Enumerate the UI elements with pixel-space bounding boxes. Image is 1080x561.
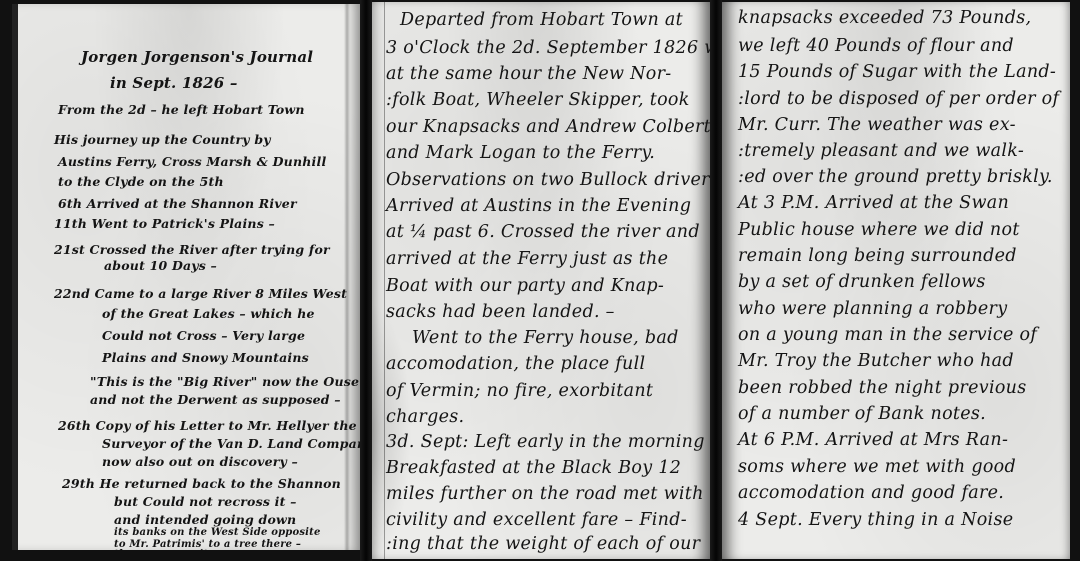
journal-line: we left 40 Pounds of flour and <box>738 38 1014 56</box>
manuscript-spread: Jorgen Jorgenson's Journal in Sept. 1826… <box>0 0 1080 561</box>
note-line: of the Great Lakes – which he <box>102 308 315 321</box>
note-title-line-2: in Sept. 1826 – <box>110 76 238 91</box>
journal-line: :ed over the ground pretty briskly. <box>738 169 1053 187</box>
journal-line: Arrived at Austins in the Evening <box>386 198 691 216</box>
journal-line: accomodation and good fare. <box>738 485 1004 503</box>
note-line: and not the Derwent as supposed – <box>90 394 341 407</box>
book-gutter <box>710 0 722 561</box>
journal-line: knapsacks exceeded 73 Pounds, <box>738 10 1031 28</box>
journal-line: sacks had been landed. – <box>386 304 615 322</box>
journal-line: 3d. Sept: Left early in the morning <box>386 434 705 452</box>
note-line: "This is the "Big River" now the Ouse" <box>90 376 360 389</box>
note-line: His journey up the Country by <box>54 134 271 147</box>
note-title-line-1: Jorgen Jorgenson's Journal <box>81 50 313 65</box>
note-line: to the Clyde on the 5th <box>58 176 224 189</box>
journal-line: of Vermin; no fire, exorbitant <box>386 383 653 401</box>
note-line: now also out on discovery – <box>102 456 298 469</box>
journal-line: Departed from Hobart Town at <box>400 12 683 30</box>
journal-line: Observations on two Bullock drivers, <box>386 172 710 190</box>
note-line: about 10 Days – <box>104 260 217 273</box>
journal-line: At 3 P.M. Arrived at the Swan <box>738 195 1009 213</box>
note-line: 26th Copy of his Letter to Mr. Hellyer t… <box>58 420 357 433</box>
journal-line: 3 o'Clock the 2d. September 1826 when <box>386 40 710 58</box>
journal-line: 4 Sept. Every thing in a Noise <box>738 512 1013 530</box>
journal-right-page: knapsacks exceeded 73 Pounds, we left 40… <box>722 2 1070 559</box>
note-line: its banks on the West Side opposite <box>114 528 321 538</box>
page-gap <box>360 0 372 561</box>
journal-line: soms where we met with good <box>738 459 1016 477</box>
journal-line: Mr. Troy the Butcher who had <box>738 353 1014 371</box>
journal-line: At 6 P.M. Arrived at Mrs Ran- <box>738 432 1008 450</box>
note-line: 11th Went to Patrick's Plains – <box>54 218 275 231</box>
journal-left-page: Departed from Hobart Town at 3 o'Clock t… <box>372 2 710 559</box>
note-line: 29th He returned back to the Shannon <box>62 478 341 491</box>
note-line: and intended going down <box>114 514 296 527</box>
journal-line: :tremely pleasant and we walk- <box>738 143 1024 161</box>
note-line: From the 2d – he left Hobart Town <box>58 104 305 117</box>
journal-line: miles further on the road met with <box>386 486 704 504</box>
journal-line: by a set of drunken fellows <box>738 274 986 292</box>
note-line: 21st Crossed the River after trying for <box>54 244 330 257</box>
page-edge-shadow <box>344 4 350 550</box>
journal-line: :ing that the weight of each of our <box>386 536 700 554</box>
note-line: 22nd Came to a large River 8 Miles West <box>54 288 347 301</box>
note-line: Plains and Snowy Mountains <box>102 352 309 365</box>
journal-line: :folk Boat, Wheeler Skipper, took <box>386 92 690 110</box>
journal-line: arrived at the Ferry just as the <box>386 251 668 269</box>
summary-note-page: Jorgen Jorgenson's Journal in Sept. 1826… <box>12 4 360 550</box>
journal-line: Breakfasted at the Black Boy 12 <box>386 460 681 478</box>
note-line: Austins Ferry, Cross Marsh & Dunhill <box>58 156 326 169</box>
journal-line: at the same hour the New Nor- <box>386 66 671 84</box>
journal-line: Went to the Ferry house, bad <box>412 330 679 348</box>
journal-line: our Knapsacks and Andrew Colbert <box>386 119 710 137</box>
journal-line: Public house where we did not <box>738 222 1020 240</box>
note-line: 6th Arrived at the Shannon River <box>58 198 297 211</box>
journal-line: at ¼ past 6. Crossed the river and <box>386 224 700 242</box>
journal-line: accomodation, the place full <box>386 356 645 374</box>
journal-line: civility and excellent fare – Find- <box>386 512 687 530</box>
journal-line: Mr. Curr. The weather was ex- <box>738 117 1016 135</box>
journal-line: who were planning a robbery <box>738 301 1007 319</box>
journal-line: remain long being surrounded <box>738 248 1017 266</box>
journal-line: Boat with our party and Knap- <box>386 278 664 296</box>
journal-line: :lord to be disposed of per order of <box>738 91 1059 109</box>
journal-line: charges. <box>386 409 464 427</box>
note-line: Could not Cross – Very large <box>102 330 305 343</box>
note-line: but Could not recross it – <box>114 496 297 509</box>
note-line: Surveyor of the Van D. Land Company <box>102 438 360 451</box>
journal-line: 15 Pounds of Sugar with the Land- <box>738 64 1056 82</box>
journal-line: of a number of Bank notes. <box>738 406 986 424</box>
journal-line: on a young man in the service of <box>738 327 1037 345</box>
journal-line: and Mark Logan to the Ferry. <box>386 145 655 163</box>
journal-line: been robbed the night previous <box>738 380 1027 398</box>
